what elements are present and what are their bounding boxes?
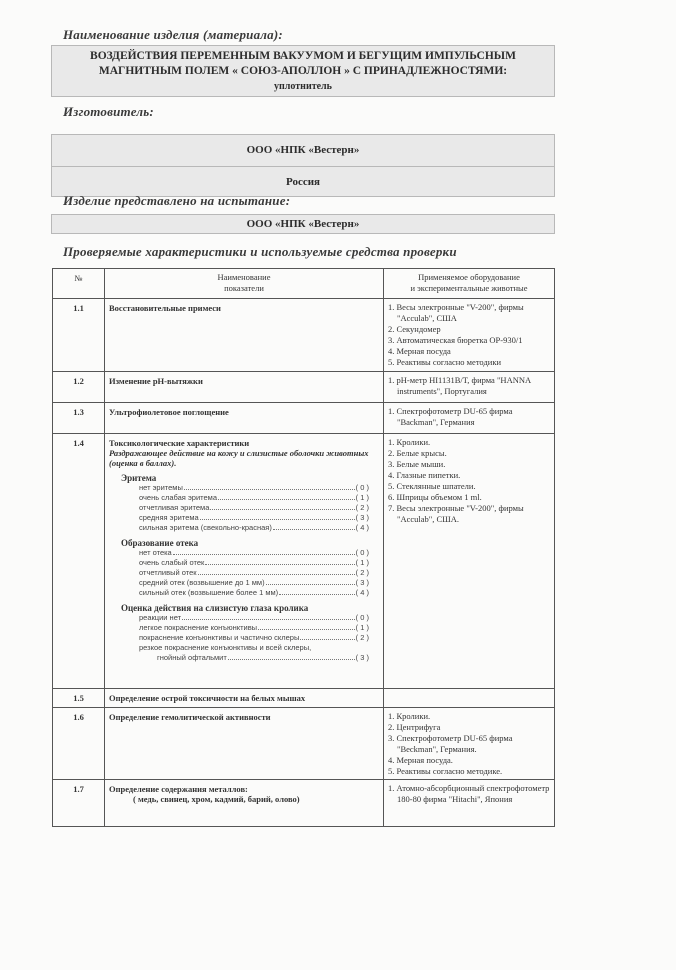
- row-number: 1.3: [53, 403, 105, 434]
- row-name-text: Определение гемолитической активности: [109, 712, 379, 722]
- score-item: нет эритемы( 0 ): [109, 483, 379, 493]
- equipment-item: 1. Весы электронные "V-200", фирмы "Accu…: [388, 302, 550, 324]
- row-name: Токсикологические характеристикиРаздража…: [105, 434, 384, 689]
- equipment-list: 1. рН-метр HI1131B/T, фирма "HANNA instr…: [388, 375, 550, 397]
- score-value: ( 4 ): [356, 523, 369, 533]
- dot-leader: [266, 578, 355, 585]
- score-item: нет отека( 0 ): [109, 548, 379, 558]
- row-name: Определение гемолитической активности: [105, 708, 384, 780]
- row-name-text: Восстановительные примеси: [109, 303, 379, 313]
- equipment-item: 3. Автоматическая бюретка ОР-930/1: [388, 335, 550, 346]
- equipment-item: 4. Мерная посуда.: [388, 755, 550, 766]
- score-value: ( 0 ): [356, 613, 369, 623]
- checks-label: Проверяемые характеристики и используемы…: [63, 244, 457, 260]
- table-row: 1.6Определение гемолитической активности…: [53, 708, 555, 780]
- score-value: ( 2 ): [356, 568, 369, 578]
- table-row: 1.4Токсикологические характеристикиРаздр…: [53, 434, 555, 689]
- score-item-text: средняя эритема: [139, 513, 199, 523]
- row-name-text: Определение острой токсичности на белых …: [109, 693, 379, 703]
- row-equipment: 1. рН-метр HI1131B/T, фирма "HANNA instr…: [384, 372, 555, 403]
- dot-leader: [184, 483, 355, 490]
- tested-label: Изделие представлено на испытание:: [63, 193, 290, 209]
- score-item-text: покраснение конъюнктивы и частично склер…: [139, 633, 299, 643]
- product-line-3: уплотнитель: [52, 79, 554, 94]
- score-value: ( 4 ): [356, 588, 369, 598]
- product-line-2: МАГНИТНЫМ ПОЛЕМ « СОЮЗ-АПОЛЛОН » С ПРИНА…: [52, 64, 554, 79]
- score-value: ( 3 ): [356, 513, 369, 523]
- row-name-text: Ультрофиолетовое поглощение: [109, 407, 379, 417]
- score-item: отчетливый отек( 2 ): [109, 568, 379, 578]
- score-item-text: сильная эритема (свекольно-красная): [139, 523, 272, 533]
- row-equipment: 1. Атомно-абсорбционный спектрофотометр …: [384, 780, 555, 827]
- equipment-item: 6. Шприцы объемом 1 ml.: [388, 492, 550, 503]
- equipment-item: 1. Атомно-абсорбционный спектрофотометр …: [388, 783, 550, 805]
- score-item: легкое покраснение конъюнктивы( 1 ): [109, 623, 379, 633]
- score-group-title: Оценка действия на слизистую глаза кроли…: [109, 603, 379, 613]
- score-item: средняя эритема( 3 ): [109, 513, 379, 523]
- score-value: ( 1 ): [356, 623, 369, 633]
- equipment-item: 3. Белые мыши.: [388, 459, 550, 470]
- row-number: 1.5: [53, 689, 105, 708]
- dot-leader: [300, 633, 354, 640]
- equipment-item: 1. Кролики.: [388, 711, 550, 722]
- dot-leader: [218, 493, 355, 500]
- score-item: сильный отек (возвышение более 1 мм)( 4 …: [109, 588, 379, 598]
- score-item-text: отчетливый отек: [139, 568, 197, 578]
- equipment-item: 2. Центрифуга: [388, 722, 550, 733]
- dot-leader: [279, 588, 354, 595]
- dot-leader: [182, 613, 355, 620]
- score-item-text: легкое покраснение конъюнктивы: [139, 623, 257, 633]
- equipment-item: 1. рН-метр HI1131B/T, фирма "HANNA instr…: [388, 375, 550, 397]
- score-value: ( 3 ): [356, 653, 369, 663]
- score-item-text: средний отек (возвышение до 1 мм): [139, 578, 265, 588]
- row-subtitle: Раздражающее действие на кожу и слизисты…: [109, 448, 379, 468]
- score-group-title: Образование отека: [109, 538, 379, 548]
- row-name: Определение острой токсичности на белых …: [105, 689, 384, 708]
- row-equipment: 1. Спектрофотометр DU-65 фирма "Backman"…: [384, 403, 555, 434]
- header-equipment-line-2: и экспериментальные животные: [388, 283, 550, 294]
- score-item: отчетливая эритема( 2 ): [109, 503, 379, 513]
- row-name-text: Определение содержания металлов:: [109, 784, 379, 794]
- row-name: Ультрофиолетовое поглощение: [105, 403, 384, 434]
- score-item-text: отчетливая эритема: [139, 503, 209, 513]
- product-line-1: ВОЗДЕЙСТВИЯ ПЕРЕМЕННЫМ ВАКУУМОМ И БЕГУЩИ…: [52, 49, 554, 64]
- manufacturer-box: ООО «НПК «Вестерн» Россия: [51, 134, 555, 197]
- dot-leader: [228, 653, 355, 660]
- dot-leader: [205, 558, 354, 565]
- dot-leader: [258, 623, 355, 630]
- header-name-line-1: Наименование: [109, 272, 379, 283]
- score-item-text: гнойный офтальмит: [157, 653, 227, 663]
- equipment-list: 1. Атомно-абсорбционный спектрофотометр …: [388, 783, 550, 805]
- score-item-text: очень слабая эритема: [139, 493, 217, 503]
- score-item: очень слабая эритема( 1 ): [109, 493, 379, 503]
- score-value: ( 3 ): [356, 578, 369, 588]
- score-item: средний отек (возвышение до 1 мм)( 3 ): [109, 578, 379, 588]
- equipment-item: 5. Стеклянные шпатели.: [388, 481, 550, 492]
- score-item: очень слабый отек( 1 ): [109, 558, 379, 568]
- table-header-row: № Наименование показатели Применяемое об…: [53, 269, 555, 299]
- score-item: гнойный офтальмит( 3 ): [109, 653, 379, 663]
- row-equipment: 1. Весы электронные "V-200", фирмы "Accu…: [384, 299, 555, 372]
- checks-table: № Наименование показатели Применяемое об…: [52, 268, 555, 827]
- score-value: ( 0 ): [356, 483, 369, 493]
- manufacturer-name: ООО «НПК «Вестерн»: [52, 135, 554, 166]
- score-item-text: очень слабый отек: [139, 558, 204, 568]
- row-equipment: 1. Кролики.2. Центрифуга3. Спектрофотоме…: [384, 708, 555, 780]
- row-name: Определение содержания металлов:( медь, …: [105, 780, 384, 827]
- dot-leader: [210, 503, 354, 510]
- header-name-line-2: показатели: [109, 283, 379, 294]
- score-item: сильная эритема (свекольно-красная)( 4 ): [109, 523, 379, 533]
- score-item-text: резкое покраснение конъюнктивы и всей ск…: [109, 643, 379, 653]
- row-name-text: Токсикологические характеристики: [109, 438, 379, 448]
- table-row: 1.1Восстановительные примеси1. Весы элек…: [53, 299, 555, 372]
- manufacturer-label: Изготовитель:: [63, 104, 154, 120]
- row-name: Восстановительные примеси: [105, 299, 384, 372]
- equipment-list: 1. Весы электронные "V-200", фирмы "Accu…: [388, 302, 550, 368]
- equipment-item: 5. Реактивы согласно методике.: [388, 766, 550, 777]
- dot-leader: [200, 513, 355, 520]
- equipment-item: 4. Мерная посуда: [388, 346, 550, 357]
- row-name: Изменение рН-вытяжки: [105, 372, 384, 403]
- equipment-item: 2. Белые крысы.: [388, 448, 550, 459]
- table-row: 1.7Определение содержания металлов:( мед…: [53, 780, 555, 827]
- table-row: 1.5Определение острой токсичности на бел…: [53, 689, 555, 708]
- header-num: №: [53, 269, 105, 299]
- row-number: 1.2: [53, 372, 105, 403]
- row-number: 1.4: [53, 434, 105, 689]
- product-label: Наименование изделия (материала):: [63, 27, 283, 43]
- equipment-list: 1. Кролики.2. Центрифуга3. Спектрофотоме…: [388, 711, 550, 777]
- equipment-item: 7. Весы электронные "V-200", фирмы "Accu…: [388, 503, 550, 525]
- score-item-text: нет отека: [139, 548, 172, 558]
- row-number: 1.7: [53, 780, 105, 827]
- score-value: ( 2 ): [356, 503, 369, 513]
- row-equipment: 1. Кролики.2. Белые крысы.3. Белые мыши.…: [384, 434, 555, 689]
- equipment-item: 5. Реактивы согласно методики: [388, 357, 550, 368]
- row-name-sub: ( медь, свинец, хром, кадмий, барий, оло…: [109, 794, 379, 804]
- score-group-title: Эритема: [109, 473, 379, 483]
- equipment-item: 3. Спектрофотометр DU-65 фирма "Beckman"…: [388, 733, 550, 755]
- score-value: ( 0 ): [356, 548, 369, 558]
- score-item: реакции нет( 0 ): [109, 613, 379, 623]
- dot-leader: [198, 568, 355, 575]
- equipment-item: 4. Глазные пипетки.: [388, 470, 550, 481]
- score-item-text: реакции нет: [139, 613, 181, 623]
- score-item-text: сильный отек (возвышение более 1 мм): [139, 588, 278, 598]
- score-value: ( 1 ): [356, 558, 369, 568]
- score-item: покраснение конъюнктивы и частично склер…: [109, 633, 379, 643]
- product-name-box: ВОЗДЕЙСТВИЯ ПЕРЕМЕННЫМ ВАКУУМОМ И БЕГУЩИ…: [51, 45, 555, 97]
- equipment-item: 1. Спектрофотометр DU-65 фирма "Backman"…: [388, 406, 550, 428]
- score-item-text: нет эритемы: [139, 483, 183, 493]
- dot-leader: [273, 523, 355, 530]
- score-value: ( 2 ): [356, 633, 369, 643]
- header-equipment-line-1: Применяемое оборудование: [388, 272, 550, 283]
- equipment-list: 1. Спектрофотометр DU-65 фирма "Backman"…: [388, 406, 550, 428]
- equipment-list: 1. Кролики.2. Белые крысы.3. Белые мыши.…: [388, 437, 550, 525]
- table-row: 1.3Ультрофиолетовое поглощение1. Спектро…: [53, 403, 555, 434]
- header-name: Наименование показатели: [105, 269, 384, 299]
- dot-leader: [173, 548, 355, 555]
- tested-by-box: ООО «НПК «Вестерн»: [51, 214, 555, 234]
- header-equipment: Применяемое оборудование и экспериментал…: [384, 269, 555, 299]
- score-value: ( 1 ): [356, 493, 369, 503]
- row-number: 1.1: [53, 299, 105, 372]
- equipment-item: 2. Секундомер: [388, 324, 550, 335]
- row-equipment: [384, 689, 555, 708]
- row-name-text: Изменение рН-вытяжки: [109, 376, 379, 386]
- equipment-item: 1. Кролики.: [388, 437, 550, 448]
- table-row: 1.2Изменение рН-вытяжки1. рН-метр HI1131…: [53, 372, 555, 403]
- row-number: 1.6: [53, 708, 105, 780]
